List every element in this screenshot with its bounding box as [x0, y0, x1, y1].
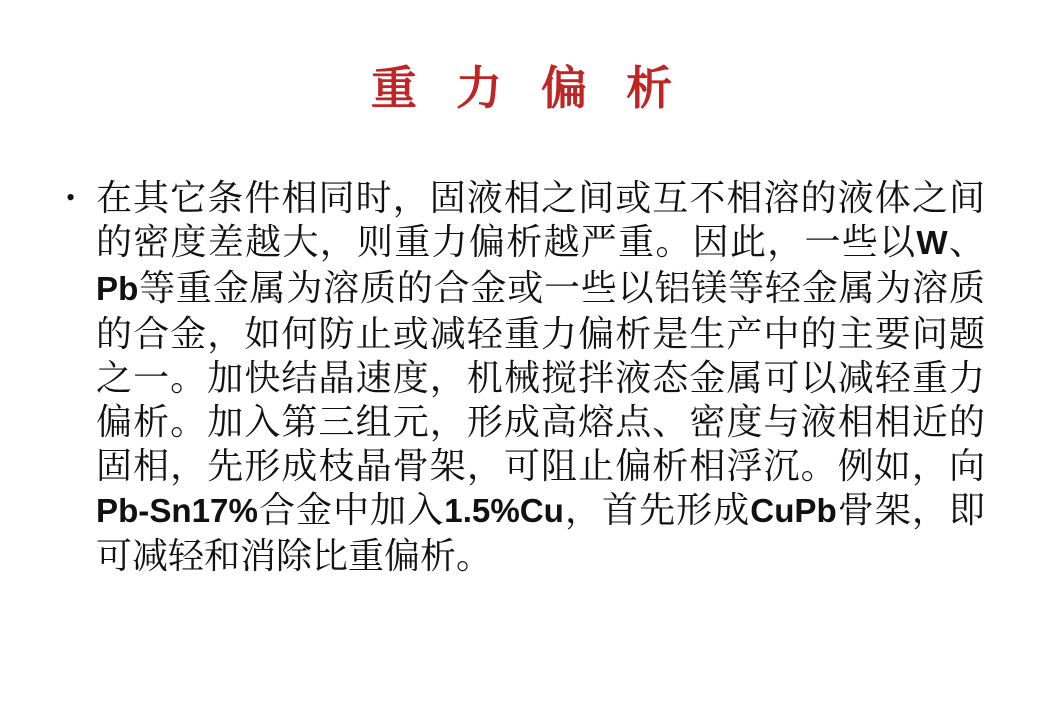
text-segment-latin-bold: Pb-Sn17%	[96, 493, 258, 530]
bullet-text: 在其它条件相同时，固液相之间或互不相溶的液体之间的密度差越大，则重力偏析越严重。…	[96, 176, 985, 578]
text-segment-latin-bold: W	[916, 225, 947, 262]
text-segment: 、	[948, 222, 985, 262]
text-segment-latin-bold: 1.5%Cu	[444, 493, 564, 530]
text-segment: 等重金属为溶质的合金或一些以铝镁等轻金属为溶质的合金，如何防止或减轻重力偏析是生…	[96, 268, 985, 486]
text-segment-latin-bold: CuPb	[750, 493, 836, 530]
slide-title: 重 力 偏 析	[58, 52, 985, 118]
slide: 重 力 偏 析 • 在其它条件相同时，固液相之间或互不相溶的液体之间的密度差越大…	[0, 0, 1040, 720]
text-segment: 在其它条件相同时，固液相之间或互不相溶的液体之间的密度差越大，则重力偏析越严重。…	[96, 178, 985, 262]
text-segment-latin-bold: Pb	[96, 271, 138, 308]
text-segment: 合金中加入	[258, 490, 444, 530]
bullet-marker: •	[58, 176, 96, 220]
bullet-item: • 在其它条件相同时，固液相之间或互不相溶的液体之间的密度差越大，则重力偏析越严…	[58, 176, 985, 578]
text-segment: ，首先形成	[564, 490, 750, 530]
